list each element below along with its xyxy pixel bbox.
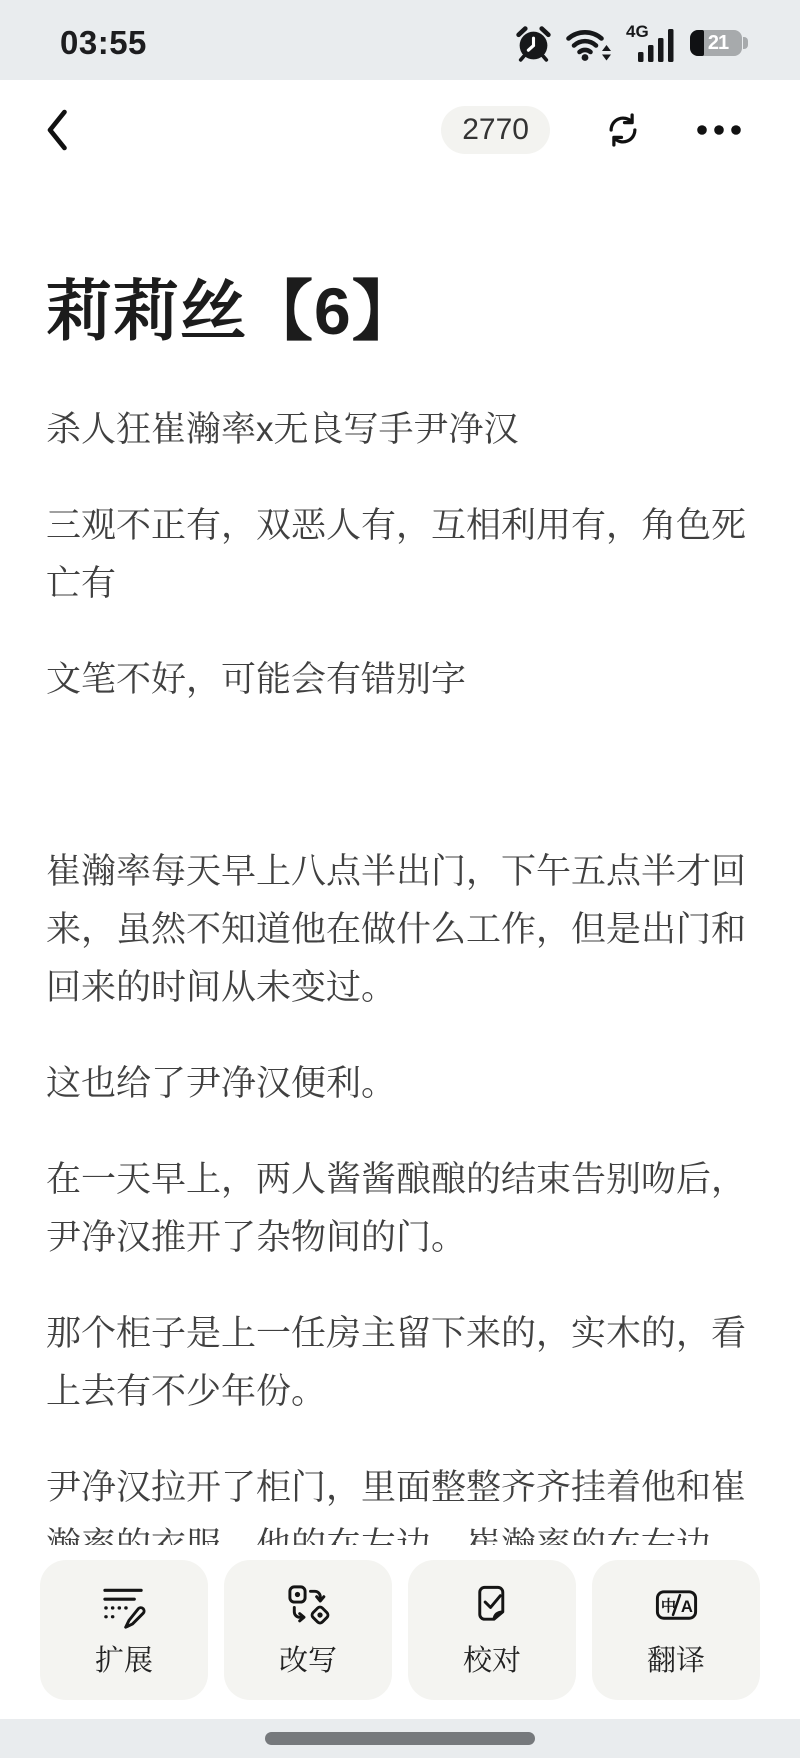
proofread-button[interactable]: 校对 <box>408 1560 576 1700</box>
document-title: 莉莉丝【6】 <box>46 267 754 355</box>
home-indicator[interactable] <box>265 1732 535 1745</box>
translate-button[interactable]: 中 A 翻译 <box>592 1560 760 1700</box>
back-button[interactable] <box>46 108 68 152</box>
rewrite-button[interactable]: 改写 <box>224 1560 392 1700</box>
bottom-area: 扩展 改写 <box>0 1545 800 1758</box>
refresh-icon <box>604 111 642 149</box>
paragraph: 崔瀚率每天早上八点半出门，下午五点半才回来，虽然不知道他在做什么工作，但是出门和… <box>46 843 754 1017</box>
svg-text:中: 中 <box>660 1597 675 1614</box>
battery-nub <box>743 37 748 49</box>
refresh-button[interactable] <box>604 111 642 149</box>
svg-text:A: A <box>680 1596 692 1615</box>
paragraph: 这也给了尹净汉便利。 <box>46 1055 754 1113</box>
rewrite-icon <box>285 1582 332 1629</box>
paragraph: 在一天早上，两人酱酱酿酿的结束告别吻后，尹净汉推开了杂物间的门。 <box>46 1151 754 1267</box>
tool-label: 校对 <box>463 1638 521 1679</box>
signal-bars-icon: 4G <box>626 23 676 63</box>
chevron-left-icon <box>46 108 68 152</box>
translate-icon: 中 A <box>653 1582 700 1629</box>
wifi-icon <box>566 24 612 62</box>
battery-level: 21 <box>703 30 733 57</box>
app-screen: 03:55 <box>0 0 800 1758</box>
ai-toolbar: 扩展 改写 <box>0 1545 800 1719</box>
status-bar: 03:55 <box>0 0 800 80</box>
battery-fill <box>690 30 704 56</box>
more-button[interactable] <box>696 124 742 136</box>
proofread-icon <box>469 1582 516 1629</box>
paragraph: 文笔不好，可能会有错别字 <box>46 651 754 709</box>
status-time: 03:55 <box>60 24 147 62</box>
nav-actions: 2770 <box>441 106 742 154</box>
alarm-icon <box>515 25 552 62</box>
battery-icon: 21 <box>690 30 742 56</box>
expand-writing-icon <box>101 1582 148 1629</box>
paragraph: 三观不正有，双恶人有，互相利用有，角色死亡有 <box>46 497 754 613</box>
tool-label: 扩展 <box>95 1638 153 1679</box>
status-icons: 4G 21 <box>515 23 742 63</box>
paragraph: 那个柜子是上一任房主留下来的，实木的，看上去有不少年份。 <box>46 1305 754 1421</box>
document-body: 莉莉丝【6】 杀人狂崔瀚率x无良写手尹净汉 三观不正有，双恶人有，互相利用有，角… <box>0 267 800 1575</box>
nav-bar: 2770 <box>0 80 800 180</box>
tool-label: 改写 <box>279 1638 337 1679</box>
paragraph <box>46 747 754 805</box>
paragraph: 杀人狂崔瀚率x无良写手尹净汉 <box>46 401 754 459</box>
gesture-bar-area <box>0 1719 800 1758</box>
expand-button[interactable]: 扩展 <box>40 1560 208 1700</box>
ellipsis-icon <box>696 124 742 136</box>
word-count-badge[interactable]: 2770 <box>441 106 550 154</box>
tool-label: 翻译 <box>647 1638 705 1679</box>
